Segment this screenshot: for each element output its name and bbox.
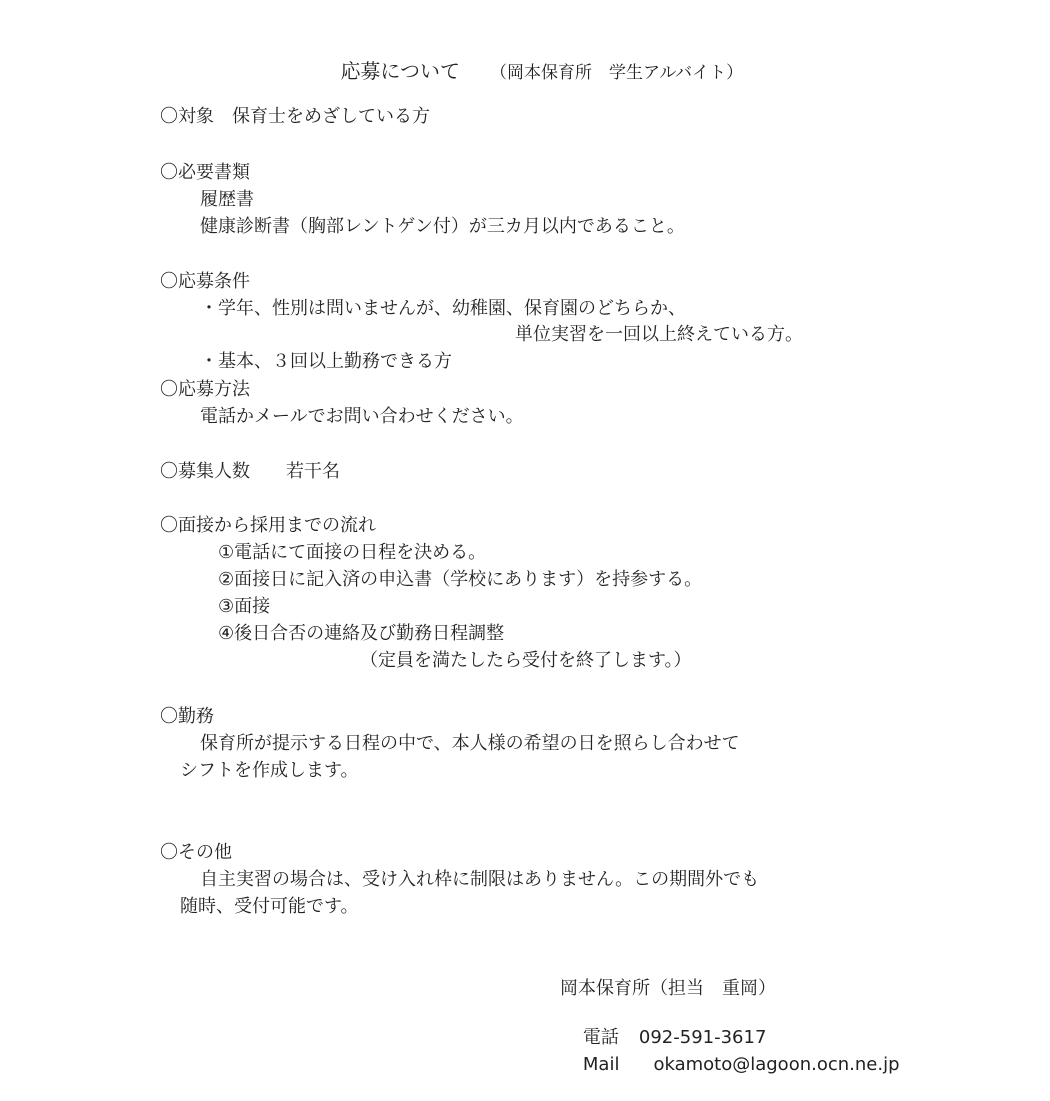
flow-step: ③面接	[218, 596, 270, 618]
count-heading: 〇募集人数 若干名	[160, 461, 340, 483]
method-text: 電話かメールでお問い合わせください。	[200, 406, 524, 428]
mail-address[interactable]: okamoto@lagoon.ocn.ne.jp	[653, 1054, 899, 1075]
flow-step: ①電話にて面接の日程を決める。	[218, 542, 486, 564]
contact-org: 岡本保育所（担当 重岡）	[560, 978, 776, 1000]
contact-mail-row: Mailokamoto@lagoon.ocn.ne.jp	[560, 1032, 900, 1098]
work-text: シフトを作成します。	[180, 760, 359, 782]
condition-item: ・学年、性別は問いませんが、幼稚園、保育園のどちらか、	[200, 298, 686, 320]
documents-heading: 〇必要書類	[160, 162, 250, 184]
other-text: 自主実習の場合は、受け入れ枠に制限はありません。この期間外でも	[200, 869, 759, 891]
mail-label: Mail	[583, 1054, 620, 1075]
condition-item-cont: 単位実習を一回以上終えている方。	[515, 324, 803, 346]
other-text: 随時、受付可能です。	[180, 896, 359, 918]
flow-heading: 〇面接から採用までの流れ	[160, 515, 376, 537]
flow-note: （定員を満たしたら受付を終了します。）	[360, 650, 692, 672]
document-item: 履歴書	[200, 189, 254, 211]
flow-step: ②面接日に記入済の申込書（学校にあります）を持参する。	[218, 569, 702, 591]
condition-item: ・基本、３回以上勤務できる方	[200, 351, 452, 373]
document-item: 健康診断書（胸部レントゲン付）が三カ月以内であること。	[200, 216, 685, 238]
title-main: 応募について	[340, 59, 460, 83]
conditions-heading: 〇応募条件	[160, 271, 250, 293]
work-heading: 〇勤務	[160, 706, 214, 728]
other-heading: 〇その他	[160, 842, 232, 864]
target-heading: 〇対象 保育士をめざしている方	[160, 106, 430, 128]
page-title: 応募について（岡本保育所 学生アルバイト）	[315, 38, 743, 106]
flow-step: ④後日合否の連絡及び勤務日程調整	[218, 623, 504, 645]
work-text: 保育所が提示する日程の中で、本人様の希望の日を照らし合わせて	[200, 733, 740, 755]
method-heading: 〇応募方法	[160, 379, 250, 401]
title-sub: （岡本保育所 学生アルバイト）	[490, 63, 743, 83]
